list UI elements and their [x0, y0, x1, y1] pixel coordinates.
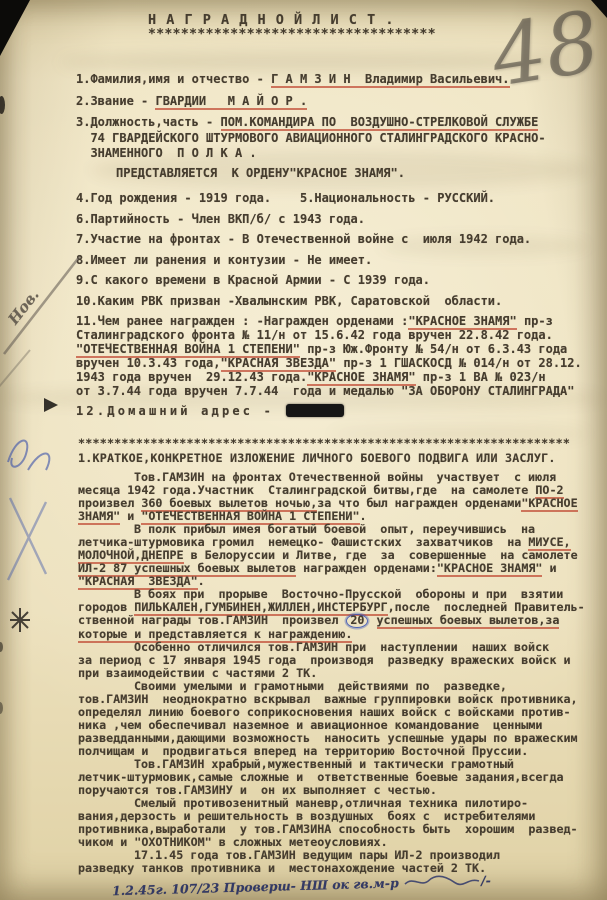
typed-text: пр-з [517, 314, 553, 328]
typed-text: ПРЕДСТАВЛЯЕТСЯ К ОРДЕНУ"КРАСНОЕ ЗНАМЯ". [116, 166, 405, 180]
typed-text: 10.Каким РВК призван -Хвалынским РВК, Са… [76, 294, 502, 308]
pencil-stroke [0, 350, 30, 388]
typed-text: в Белоруссии и Литве, где за совершенные… [184, 548, 578, 562]
typed-text: награжден орденами: [296, 561, 437, 575]
signature-squiggle [403, 872, 481, 890]
document-line: 2.Звание - ГВАРДИИ М А Й О Р . [76, 94, 587, 110]
typed-text: ,после последней Правитель- [388, 600, 585, 614]
typed-text: В полк прибыл имея богатый боевой опыт, … [134, 522, 535, 536]
typed-text: разведданными,дающими возможность наноси… [78, 731, 578, 745]
typed-text: 74 ГВАРДЕЙСКОГО ШТУРМОВОГО АВИАЦИОННОГО … [76, 131, 546, 145]
typed-text: определял линию боевого соприкосновения … [78, 705, 571, 719]
typed-text: В боях при прорыве Восточно-Прусской обо… [134, 587, 563, 601]
typed-text: пр-з 1 ВА № 023/н [416, 370, 546, 384]
document-line: от 3.7.44 года вручен 7.7.44 года и меда… [76, 384, 587, 398]
page-title: Н А Г Р А Д Н О Й Л И С Т . [148, 12, 394, 28]
typed-text: за что был награжден орденами [317, 496, 521, 510]
red-underlined-text: успешных боевых вылетов,за [377, 613, 560, 629]
typed-text: противника,выработали у тов.ГАМЗИНА спос… [78, 822, 578, 836]
typed-text: вручен 10.3.43 года, [76, 356, 221, 370]
personal-data-section: 1.Фамилия,имя и отчество - Г А М З И Н В… [76, 72, 587, 420]
typed-text: поручаются тов.ГАМЗИНУ и он их выполняет… [78, 783, 437, 797]
merit-description-section: ****************************************… [78, 437, 591, 875]
document-line: 1.Фамилия,имя и отчество - Г А М З И Н В… [76, 72, 587, 88]
typed-text: полчищам и продвигаться вперед на террит… [78, 744, 528, 758]
red-underlined-text: ПОМ.КОМАНДИРА ПО ВОЗДУШНО-СТРЕЛКОВОЙ СЛУ… [221, 115, 539, 131]
typed-text: произвел [78, 496, 141, 510]
document-line: 6.Партийность - Член ВКП/б/ с 1943 года. [76, 212, 587, 228]
section-heading: 1.КРАТКОЕ,КОНКРЕТНОЕ ИЗЛОЖЕНИЕ ЛИЧНОГО Б… [78, 452, 591, 465]
typed-text: Тов.ГАМЗИН храбрый,мужественный и тактич… [134, 757, 514, 771]
document-line: разведку танков противника и местонахожд… [78, 862, 591, 875]
typed-text: 3.Должность,часть - [76, 115, 221, 129]
typed-text: 2.Звание - [76, 94, 155, 108]
typed-text: 17.1.45 года тов.ГАМЗИН ведущим пары ИЛ-… [134, 848, 500, 862]
document-line: 4.Год рождения - 1919 года. 5.Национальн… [76, 191, 587, 207]
typed-text: городов [78, 600, 134, 614]
document-line: ПРЕДСТАВЛЯЕТСЯ К ОРДЕНУ"КРАСНОЕ ЗНАМЯ". [76, 166, 587, 182]
typed-text: . [360, 509, 367, 523]
document-line: 74 ГВАРДЕЙСКОГО ШТУРМОВОГО АВИАЦИОННОГО … [76, 131, 587, 147]
document-line: 1943 года вручен 29.12.43 года."КРАСНОЕ … [76, 370, 587, 384]
typed-text: 4.Год рождения - 1919 года. 5.Национальн… [76, 191, 495, 205]
document-line: вручен 10.3.43 года,"КРАСНАЯ ЗВЕЗДА" пр-… [76, 356, 587, 370]
typed-text: . [198, 574, 205, 588]
typed-text: 7.Участие на фронтах - В Отечественной в… [76, 232, 531, 246]
redaction-bar [286, 404, 344, 417]
typed-text: чиком и "ОХОТНИКОМ" в сложных метеоуслов… [78, 835, 388, 849]
typed-text: 1943 года вручен 29.12.43 года. [76, 370, 307, 384]
typed-text: 8.Имеет ли ранения и контузии - Не имеет… [76, 253, 372, 267]
document-line: ЗНАМЕННОГО П О Л К А . [76, 146, 587, 162]
merit-paragraphs: Тов.ГАМЗИН на фронтах Отечественной войн… [78, 471, 591, 875]
typed-text: вания,дерзость и решительность в воздушн… [78, 809, 535, 823]
typed-text: Особенно отличился тов.ГАМЗИН при наступ… [134, 640, 549, 654]
document-line: 12.Домашний адрес - [76, 404, 587, 420]
section-separator: ****************************************… [78, 437, 591, 450]
blue-ink-scribble [8, 441, 49, 470]
document-line: 3.Должность,часть - ПОМ.КОМАНДИРА ПО ВОЗ… [76, 115, 587, 131]
bottom-note-text: 1.2.45г. 107/23 Проверш- НШ ок гв.м-р [112, 875, 403, 898]
blue-ink-cross-mark [8, 498, 46, 580]
red-underlined-text: "КРАСНОЕ ЗНАМЯ" [437, 561, 543, 577]
typed-text: пр-з 1 ГШАСКОСД № 014/н от 28.12. [336, 356, 582, 370]
typed-text: 9.С какого времени в Красной Армии - С 1… [76, 273, 430, 287]
document-line: 7.Участие на фронтах - В Отечественной в… [76, 232, 587, 248]
margin-pencil-note: Нов. [4, 286, 42, 328]
bottom-note-tail: /- [481, 873, 491, 888]
typed-text: за период с 17 января 1945 года производ… [78, 653, 571, 667]
typed-text: Своими умелыми и грамотными действиями п… [134, 679, 507, 693]
red-underlined-text: "КРАСНОЕ [521, 496, 577, 512]
document-line: Сталинградского фронта № 11/н от 15.6.42… [76, 328, 587, 342]
typed-text: 12.Домашний адрес - [76, 404, 274, 418]
document-line: 10.Каким РВК призван -Хвалынским РВК, Са… [76, 294, 587, 310]
edge-speck [0, 96, 5, 114]
typed-text: Сталинградского фронта № 11/н от 15.6.42… [76, 328, 553, 342]
red-underlined-text: Г А М З И Н Владимир Васильевич. [271, 72, 509, 88]
typed-text: пр-з Юж.Фронту № 54/н от 6.3.43 года [300, 342, 567, 356]
red-underlined-text: ЗНАМЯ" [78, 509, 120, 525]
document-line: 8.Имеет ли ранения и контузии - Не имеет… [76, 253, 587, 269]
typed-text: тов.ГАМЗИН неоднократно вскрывал важные … [78, 692, 578, 706]
document-line: 11.Чем ранее награжден : -Награжден орде… [76, 314, 587, 328]
typed-text: 1.Фамилия,имя и отчество - [76, 72, 271, 86]
typed-text: 11.Чем ранее награжден : -Награжден орде… [76, 314, 408, 328]
typed-text [369, 613, 376, 627]
edge-speck [0, 702, 3, 714]
typed-text: Смелый противозенитный маневр,отличная т… [134, 796, 528, 810]
document-line: 9.С какого времени в Красной Армии - С 1… [76, 273, 587, 289]
typed-text: ЗНАМЕННОГО П О Л К А . [76, 146, 257, 160]
typed-text: при взаимодействии с частями 2 ТК. [78, 666, 317, 680]
edge-speck [0, 642, 3, 652]
typed-text: месяца 1942 года.Участник Сталинградской… [78, 483, 535, 497]
typed-text: летчика-штурмовика громил немецко- Фашис… [78, 535, 528, 549]
circled-number: 20 [346, 614, 368, 628]
typed-text: и [120, 509, 141, 523]
typed-text: Тов.ГАМЗИН на фронтах Отечественной войн… [134, 470, 556, 484]
typed-text: ника ,чем обеспечивал наземное и авиацио… [78, 718, 542, 732]
scan-corner-black [0, 0, 30, 56]
handwritten-star-mark [10, 608, 30, 632]
typed-text: ственной награды тов.ГАМЗИН произвел [78, 613, 345, 627]
red-underlined-text: ГВАРДИИ М А Й О Р . [155, 94, 307, 110]
title-underline: *********************************** [148, 27, 436, 42]
typed-text: от 3.7.44 года вручен 7.7.44 года и меда… [76, 384, 575, 398]
typed-text: летчик-штурмовик,самые сложные и ответст… [78, 770, 564, 784]
scanned-award-document: Н А Г Р А Д Н О Й Л И С Т . ************… [0, 0, 607, 900]
document-line: ственной награды тов.ГАМЗИН произвел 20 … [78, 614, 591, 628]
document-line: "ОТЕЧЕСТВЕННАЯ ВОЙНА 1 СТЕПЕНИ" пр-з Юж.… [76, 342, 587, 356]
ink-arrow-mark [44, 398, 58, 412]
typed-text: 6.Партийность - Член ВКП/б/ с 1943 года. [76, 212, 365, 226]
typed-text: и [542, 561, 556, 575]
bottom-handwritten-note: 1.2.45г. 107/23 Проверш- НШ ок гв.м-р /- [112, 872, 491, 899]
